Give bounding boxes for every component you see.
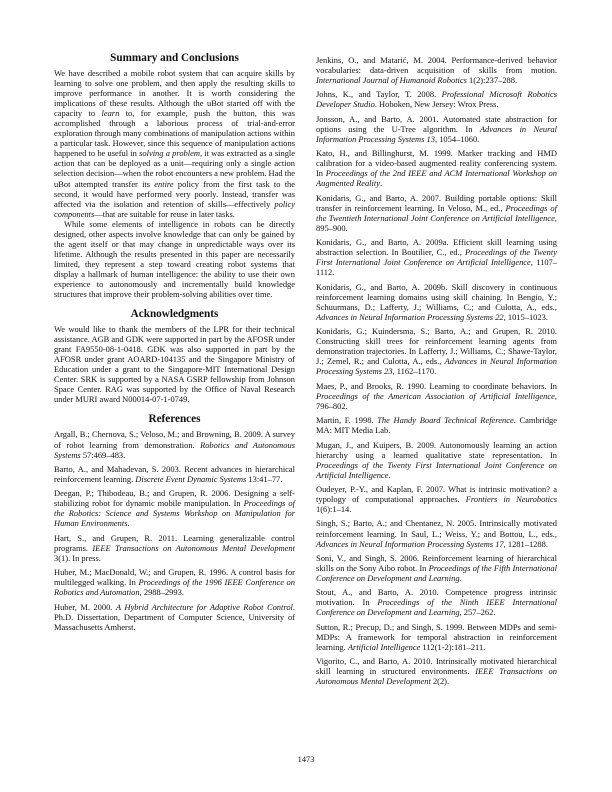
reference-entry: Johns, K., and Taylor, T. 2008. Professi… [316, 89, 557, 109]
reference-entry: Sutton, R.; Precup, D.; and Singh, S. 19… [316, 622, 557, 652]
reference-entry: Jenkins, O., and Matarić, M. 2004. Perfo… [316, 55, 557, 85]
reference-entry: Singh, S.; Barto, A.; and Chentanez, N. … [316, 518, 557, 548]
reference-entry: Martin, F. 1998. The Handy Board Technic… [316, 415, 557, 435]
reference-entry: Deegan, P.; Thibodeau, B.; and Grupen, R… [54, 488, 295, 528]
reference-entry: Konidaris, G., and Barto, A. 2009b. Skil… [316, 282, 557, 322]
summary-heading: Summary and Conclusions [54, 52, 295, 65]
reference-entry: Soni, V., and Singh, S. 2006. Reinforcem… [316, 553, 557, 583]
reference-entry: Maes, P., and Brooks, R. 1990. Learning … [316, 381, 557, 411]
reference-entry: Huber, M.; MacDonald, W.; and Grupen, R.… [54, 567, 295, 597]
page-number: 1473 [0, 755, 612, 764]
references-list-right: Jenkins, O., and Matarić, M. 2004. Perfo… [316, 55, 557, 686]
reference-entry: Huber, M. 2000. A Hybrid Architecture fo… [54, 602, 295, 632]
reference-entry: Argall, B.; Chernova, S.; Veloso, M.; an… [54, 429, 295, 459]
reference-entry: Konidaris, G.; Kuindersma, S.; Barto, A.… [316, 326, 557, 376]
acknowledgments-text: We would like to thank the members of th… [54, 324, 295, 404]
reference-entry: Stout, A., and Barto, A. 2010. Competenc… [316, 587, 557, 617]
reference-entry: Hart, S., and Grupen, R. 2011. Learning … [54, 533, 295, 563]
reference-entry: Barto, A., and Mahadevan, S. 2003. Recen… [54, 464, 295, 484]
reference-entry: Mugan, J., and Kuipers, B. 2009. Autonom… [316, 440, 557, 480]
reference-entry: Kato, H., and Billinghurst, M. 1999. Mar… [316, 148, 557, 188]
reference-entry: Konidaris, G., and Barto, A. 2007. Build… [316, 193, 557, 233]
acknowledgments-heading: Acknowledgments [54, 308, 295, 321]
summary-paragraph-2: While some elements of intelligence in r… [54, 219, 295, 299]
reference-entry: Vigorito, C., and Barto, A. 2010. Intrin… [316, 656, 557, 686]
left-column: Summary and Conclusions We have describe… [54, 52, 295, 636]
reference-entry: Konidaris, G., and Barto, A. 2009a. Effi… [316, 237, 557, 277]
right-column: Jenkins, O., and Matarić, M. 2004. Perfo… [316, 55, 557, 691]
reference-entry: Jonsson, A., and Barto, A. 2001. Automat… [316, 114, 557, 144]
references-heading: References [54, 413, 295, 426]
references-list-left: Argall, B.; Chernova, S.; Veloso, M.; an… [54, 429, 295, 631]
reference-entry: Oudeyer, P.-Y., and Kaplan, F. 2007. Wha… [316, 484, 557, 514]
summary-paragraph-1: We have described a mobile robot system … [54, 68, 295, 219]
